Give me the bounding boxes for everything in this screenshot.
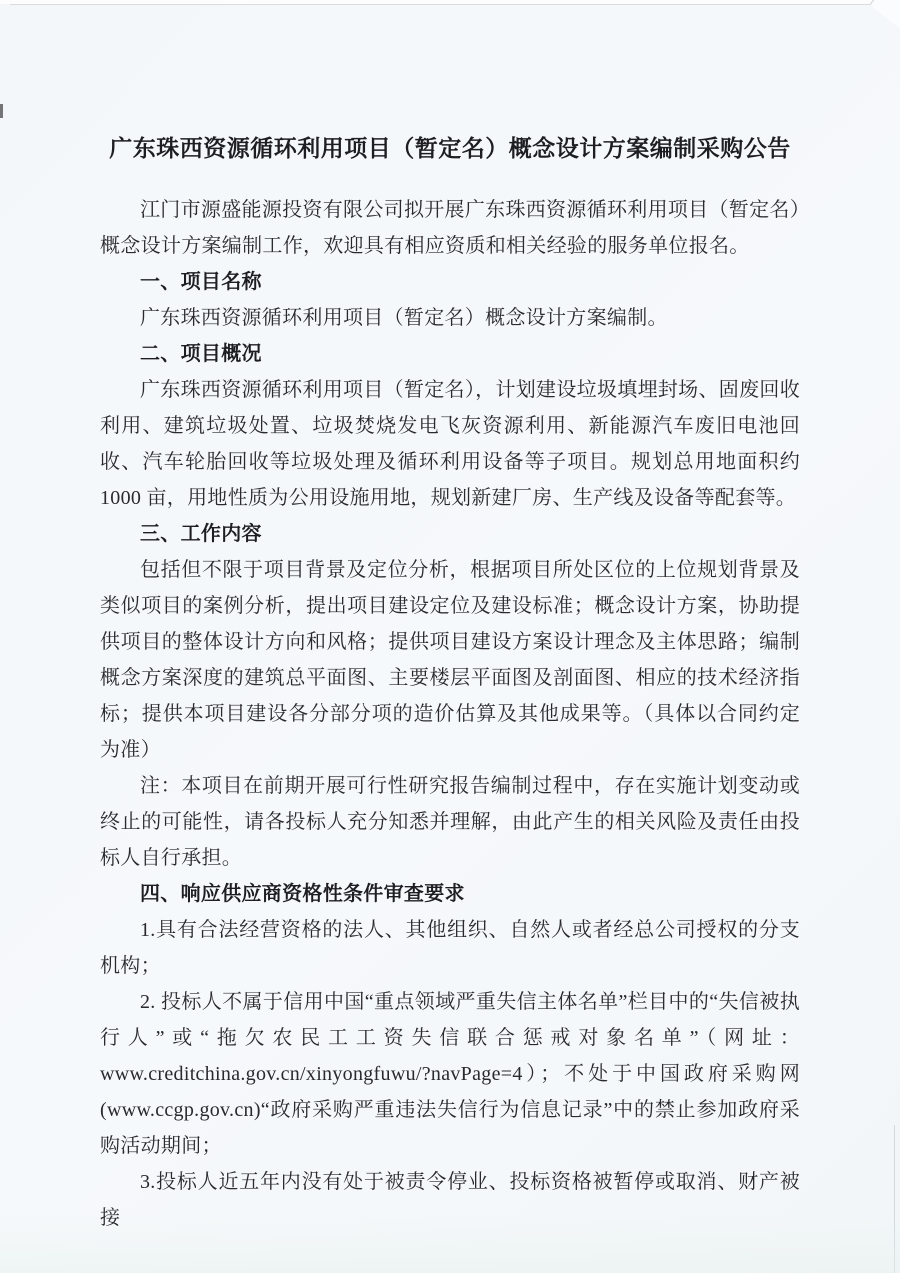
scan-edge-artifact-left-tick [0,104,3,118]
section-heading-supplier-qualification: 四、响应供应商资格性条件审查要求 [100,876,800,912]
section-heading-project-overview: 二、项目概况 [100,336,800,372]
document-body: 广东珠西资源循环利用项目（暂定名）概念设计方案编制采购公告 江门市源盛能源投资有… [100,133,800,1236]
paragraph-project-overview: 广东珠西资源循环利用项目（暂定名），计划建设垃圾填埋封场、固废回收利用、建筑垃圾… [100,372,800,516]
section-heading-project-name: 一、项目名称 [100,264,800,300]
scan-edge-artifact-corner [869,0,900,30]
scan-edge-artifact-top-line [10,4,900,5]
paragraph-work-content: 包括但不限于项目背景及定位分析，根据项目所处区位的上位规划背景及类似项目的案例分… [100,552,800,768]
paragraph-qualification-item-1: 1.具有合法经营资格的法人、其他组织、自然人或者经总公司授权的分支机构； [100,912,800,984]
paragraph-project-name: 广东珠西资源循环利用项目（暂定名）概念设计方案编制。 [100,300,800,336]
scanned-document-page: 广东珠西资源循环利用项目（暂定名）概念设计方案编制采购公告 江门市源盛能源投资有… [0,0,900,1273]
document-title: 广东珠西资源循环利用项目（暂定名）概念设计方案编制采购公告 [100,133,800,165]
section-heading-work-content: 三、工作内容 [100,516,800,552]
paragraph-qualification-item-3: 3.投标人近五年内没有处于被责令停业、投标资格被暂停或取消、财产被接 [100,1164,800,1236]
paragraph-note: 注：本项目在前期开展可行性研究报告编制过程中，存在实施计划变动或终止的可能性，请… [100,768,800,876]
paragraph-intro: 江门市源盛能源投资有限公司拟开展广东珠西资源循环利用项目（暂定名）概念设计方案编… [100,192,800,264]
paragraph-qualification-item-2: 2. 投标人不属于信用中国“重点领域严重失信主体名单”栏目中的“失信被执行人”或… [100,984,800,1164]
